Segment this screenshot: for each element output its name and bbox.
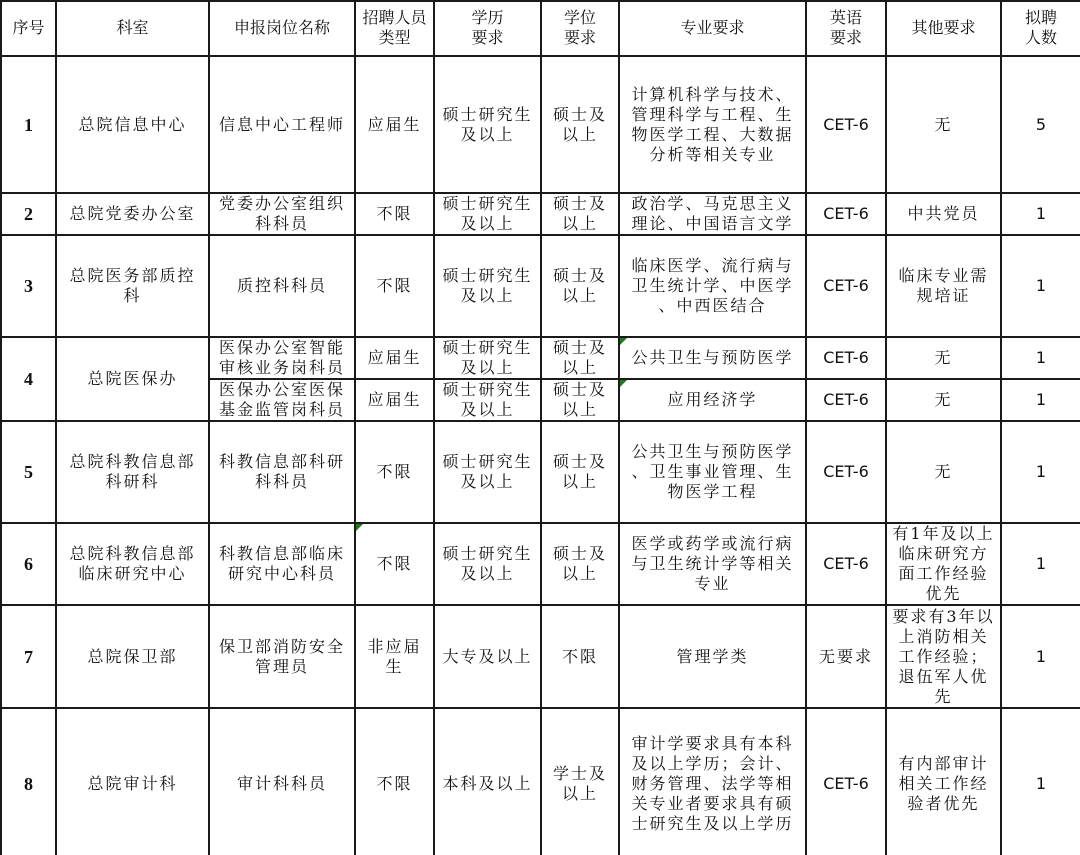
header-index: 序号: [1, 1, 56, 56]
header-department: 科室: [56, 1, 209, 56]
cell-count: 1: [1001, 235, 1080, 337]
cell-index: 3: [1, 235, 56, 337]
cell-position: 保卫部消防安全 管理员: [209, 605, 355, 708]
cell-index: 5: [1, 421, 56, 523]
header-other: 其他要求: [886, 1, 1001, 56]
cell-count: 1: [1001, 605, 1080, 708]
cell-position: 审计科科员: [209, 708, 355, 855]
cell-position: 信息中心工程师: [209, 56, 355, 193]
cell-education: 硕士研究生 及以上: [434, 523, 541, 605]
cell-count: 1: [1001, 379, 1080, 421]
cell-degree: 硕士及 以上: [541, 523, 619, 605]
header-major: 专业要求: [619, 1, 806, 56]
cell-type: 不限: [355, 421, 434, 523]
cell-count: 1: [1001, 193, 1080, 235]
cell-index: 7: [1, 605, 56, 708]
cell-count: 1: [1001, 337, 1080, 379]
cell-position: 党委办公室组织 科科员: [209, 193, 355, 235]
cell-count: 1: [1001, 421, 1080, 523]
cell-position: 科教信息部临床 研究中心科员: [209, 523, 355, 605]
cell-major: 临床医学、流行病与 卫生统计学、中医学 、中西医结合: [619, 235, 806, 337]
cell-education: 硕士研究生 及以上: [434, 193, 541, 235]
cell-department: 总院科教信息部 临床研究中心: [56, 523, 209, 605]
cell-degree: 硕士及 以上: [541, 235, 619, 337]
cell-type: 应届生: [355, 379, 434, 421]
cell-position: 医保办公室智能 审核业务岗科员: [209, 337, 355, 379]
cell-other: 无: [886, 56, 1001, 193]
cell-major: 审计学要求具有本科 及以上学历；会计、 财务管理、法学等相 关专业者要求具有硕 …: [619, 708, 806, 855]
cell-type: 不限: [355, 708, 434, 855]
cell-english: 无要求: [806, 605, 886, 708]
cell-major: 计算机科学与技术、 管理科学与工程、生 物医学工程、大数据 分析等相关专业: [619, 56, 806, 193]
cell-education: 硕士研究生 及以上: [434, 421, 541, 523]
cell-type: 应届生: [355, 56, 434, 193]
cell-other: 要求有3年以 上消防相关 工作经验； 退伍军人优 先: [886, 605, 1001, 708]
cell-department: 总院信息中心: [56, 56, 209, 193]
cell-other: 临床专业需 规培证: [886, 235, 1001, 337]
cell-type: 不限: [355, 235, 434, 337]
cell-major: 管理学类: [619, 605, 806, 708]
header-education: 学历 要求: [434, 1, 541, 56]
cell-degree: 硕士及 以上: [541, 56, 619, 193]
cell-index: 6: [1, 523, 56, 605]
cell-education: 硕士研究生 及以上: [434, 379, 541, 421]
table-row: 1 总院信息中心 信息中心工程师 应届生 硕士研究生 及以上 硕士及 以上 计算…: [1, 56, 1080, 193]
cell-department: 总院审计科: [56, 708, 209, 855]
cell-english: CET-6: [806, 523, 886, 605]
cell-degree: 硕士及 以上: [541, 421, 619, 523]
cell-index: 1: [1, 56, 56, 193]
cell-degree: 学士及 以上: [541, 708, 619, 855]
cell-other: 中共党员: [886, 193, 1001, 235]
header-row: 序号 科室 申报岗位名称 招聘人员 类型 学历 要求 学位 要求 专业要求 英语…: [1, 1, 1080, 56]
cell-education: 硕士研究生 及以上: [434, 337, 541, 379]
recruitment-table: 序号 科室 申报岗位名称 招聘人员 类型 学历 要求 学位 要求 专业要求 英语…: [0, 0, 1080, 855]
cell-major: 政治学、马克思主义 理论、中国语言文学: [619, 193, 806, 235]
cell-index: 2: [1, 193, 56, 235]
cell-degree: 硕士及 以上: [541, 337, 619, 379]
cell-english: CET-6: [806, 235, 886, 337]
cell-education: 大专及以上: [434, 605, 541, 708]
cell-index: 4: [1, 337, 56, 421]
cell-degree: 不限: [541, 605, 619, 708]
cell-major: 公共卫生与预防医学: [619, 337, 806, 379]
cell-degree: 硕士及 以上: [541, 379, 619, 421]
cell-type: 应届生: [355, 337, 434, 379]
table-row: 2 总院党委办公室 党委办公室组织 科科员 不限 硕士研究生 及以上 硕士及 以…: [1, 193, 1080, 235]
cell-department: 总院党委办公室: [56, 193, 209, 235]
cell-major: 医学或药学或流行病 与卫生统计学等相关 专业: [619, 523, 806, 605]
cell-type: 非应届 生: [355, 605, 434, 708]
cell-other: 有1年及以上 临床研究方 面工作经验 优先: [886, 523, 1001, 605]
table-row: 6 总院科教信息部 临床研究中心 科教信息部临床 研究中心科员 不限 硕士研究生…: [1, 523, 1080, 605]
cell-english: CET-6: [806, 56, 886, 193]
cell-position: 质控科科员: [209, 235, 355, 337]
table-row: 8 总院审计科 审计科科员 不限 本科及以上 学士及 以上 审计学要求具有本科 …: [1, 708, 1080, 855]
cell-type: 不限: [355, 193, 434, 235]
cell-count: 1: [1001, 523, 1080, 605]
cell-other: 无: [886, 421, 1001, 523]
cell-other: 无: [886, 379, 1001, 421]
cell-english: CET-6: [806, 193, 886, 235]
cell-department: 总院医保办: [56, 337, 209, 421]
cell-position: 医保办公室医保 基金监管岗科员: [209, 379, 355, 421]
cell-other: 有内部审计 相关工作经 验者优先: [886, 708, 1001, 855]
table-row: 3 总院医务部质控 科 质控科科员 不限 硕士研究生 及以上 硕士及 以上 临床…: [1, 235, 1080, 337]
header-degree: 学位 要求: [541, 1, 619, 56]
header-count: 拟聘 人数: [1001, 1, 1080, 56]
cell-department: 总院科教信息部 科研科: [56, 421, 209, 523]
cell-english: CET-6: [806, 421, 886, 523]
cell-count: 5: [1001, 56, 1080, 193]
cell-other: 无: [886, 337, 1001, 379]
cell-degree: 硕士及 以上: [541, 193, 619, 235]
cell-position: 科教信息部科研 科科员: [209, 421, 355, 523]
cell-index: 8: [1, 708, 56, 855]
header-position: 申报岗位名称: [209, 1, 355, 56]
header-english: 英语 要求: [806, 1, 886, 56]
cell-education: 本科及以上: [434, 708, 541, 855]
table-row: 4 总院医保办 医保办公室智能 审核业务岗科员 应届生 硕士研究生 及以上 硕士…: [1, 337, 1080, 379]
cell-english: CET-6: [806, 337, 886, 379]
header-type: 招聘人员 类型: [355, 1, 434, 56]
cell-department: 总院保卫部: [56, 605, 209, 708]
cell-department: 总院医务部质控 科: [56, 235, 209, 337]
table-row: 7 总院保卫部 保卫部消防安全 管理员 非应届 生 大专及以上 不限 管理学类 …: [1, 605, 1080, 708]
cell-major: 公共卫生与预防医学 、卫生事业管理、生 物医学工程: [619, 421, 806, 523]
table-row: 5 总院科教信息部 科研科 科教信息部科研 科科员 不限 硕士研究生 及以上 硕…: [1, 421, 1080, 523]
cell-education: 硕士研究生 及以上: [434, 56, 541, 193]
cell-type: 不限: [355, 523, 434, 605]
cell-english: CET-6: [806, 708, 886, 855]
cell-count: 1: [1001, 708, 1080, 855]
cell-education: 硕士研究生 及以上: [434, 235, 541, 337]
cell-major: 应用经济学: [619, 379, 806, 421]
cell-english: CET-6: [806, 379, 886, 421]
